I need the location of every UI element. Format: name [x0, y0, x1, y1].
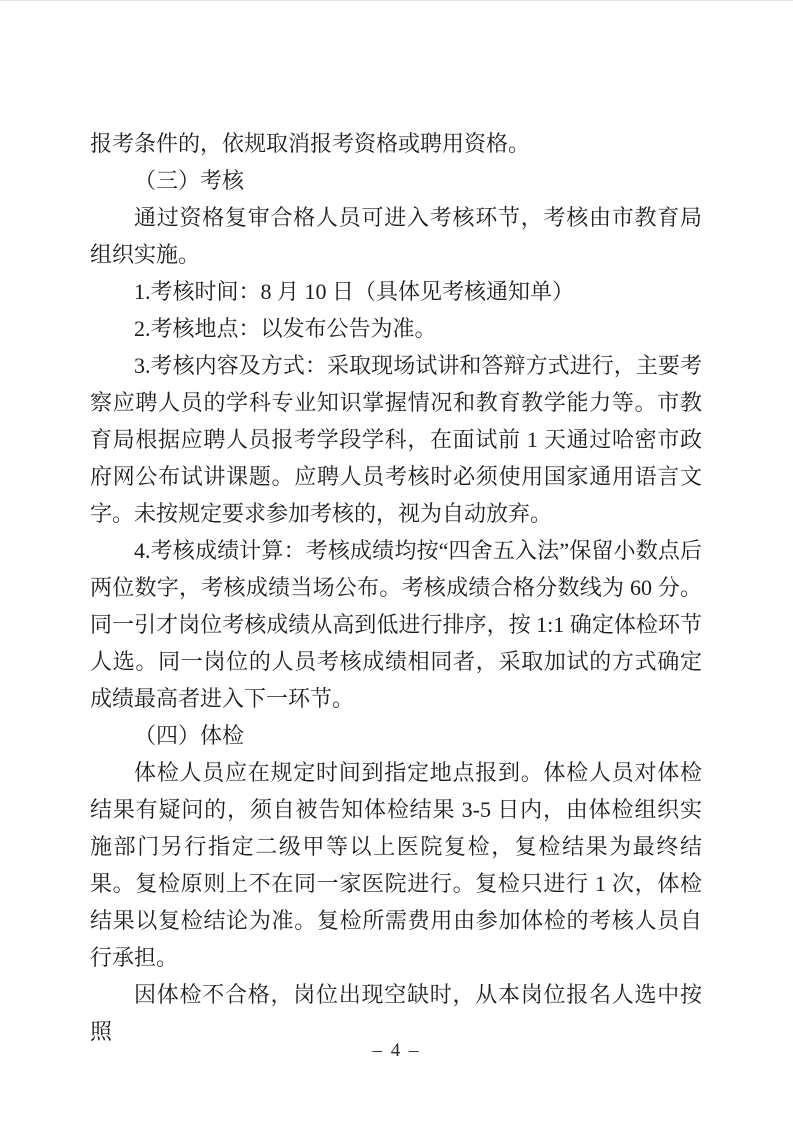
paragraph-kaohe-intro: 通过资格复审合格人员可进入考核环节，考核由市教育局组织实施。	[90, 199, 702, 273]
paragraph-item-2-location: 2.考核地点：以发布公告为准。	[90, 310, 702, 347]
paragraph-item-1-time: 1.考核时间：8 月 10 日（具体见考核通知单）	[90, 273, 702, 310]
document-body: 报考条件的，依规取消报考资格或聘用资格。 （三）考核 通过资格复审合格人员可进入…	[90, 125, 702, 1050]
document-page: 报考条件的，依规取消报考资格或聘用资格。 （三）考核 通过资格复审合格人员可进入…	[0, 0, 793, 1122]
page-footer: – 4 –	[0, 1038, 793, 1064]
paragraph-continuation-disqualify: 报考条件的，依规取消报考资格或聘用资格。	[90, 125, 702, 162]
section-heading-kaohe: （三）考核	[90, 162, 702, 199]
paragraph-tijian-procedure: 体检人员应在规定时间到指定地点报到。体检人员对体检结果有疑问的，须自被告知体检结…	[90, 754, 702, 976]
paragraph-item-4-score-calculation: 4.考核成绩计算：考核成绩均按“四舍五入法”保留小数点后两位数字，考核成绩当场公…	[90, 532, 702, 717]
page-number: – 4 –	[373, 1040, 421, 1061]
section-heading-tijian: （四）体检	[90, 717, 702, 754]
paragraph-item-3-content-method: 3.考核内容及方式：采取现场试讲和答辩方式进行，主要考察应聘人员的学科专业知识掌…	[90, 347, 702, 532]
